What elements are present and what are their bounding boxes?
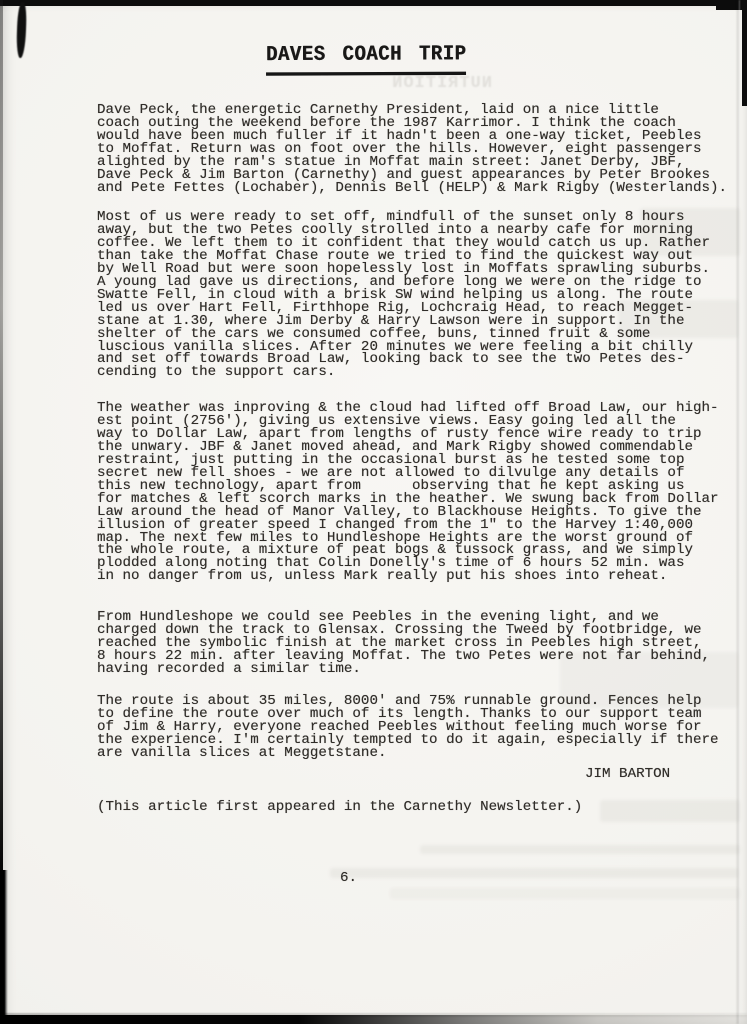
paragraph-1: Dave Peck, the energetic Carnethy Presid… [97,104,727,195]
scan-edge-right [742,0,747,106]
paragraph-2: Most of us were ready to set off, mindfu… [97,211,710,379]
page-crease [736,0,740,1024]
paragraph-5: The route is about 35 miles, 8000' and 7… [97,695,719,760]
paragraph-3: The weather was inproving & the cloud ha… [97,402,719,583]
paragraph-4: From Hundleshope we could see Peebles in… [97,611,710,676]
scanned-newsletter-page: DAVES COACH TRIP NUTRITION Dave Peck, th… [0,0,747,1024]
bleedthrough-smudge [600,800,740,822]
footnote: (This article first appeared in the Carn… [97,801,582,814]
scan-edge-left-bottom [0,870,8,1024]
bleedthrough-text: NUTRITION [322,74,492,93]
scan-edge-bottom [0,1015,747,1024]
page-number: 6. [340,872,357,885]
scan-smudge-top-left [16,2,27,58]
title-block: DAVES COACH TRIP [266,44,466,75]
page-title: DAVES COACH TRIP [266,44,467,76]
scan-edge-top [0,0,747,6]
bleedthrough-smudge [390,888,740,899]
author-signature: JIM BARTON [585,768,670,781]
bleedthrough-smudge [330,868,738,878]
bleedthrough-smudge [420,845,740,854]
